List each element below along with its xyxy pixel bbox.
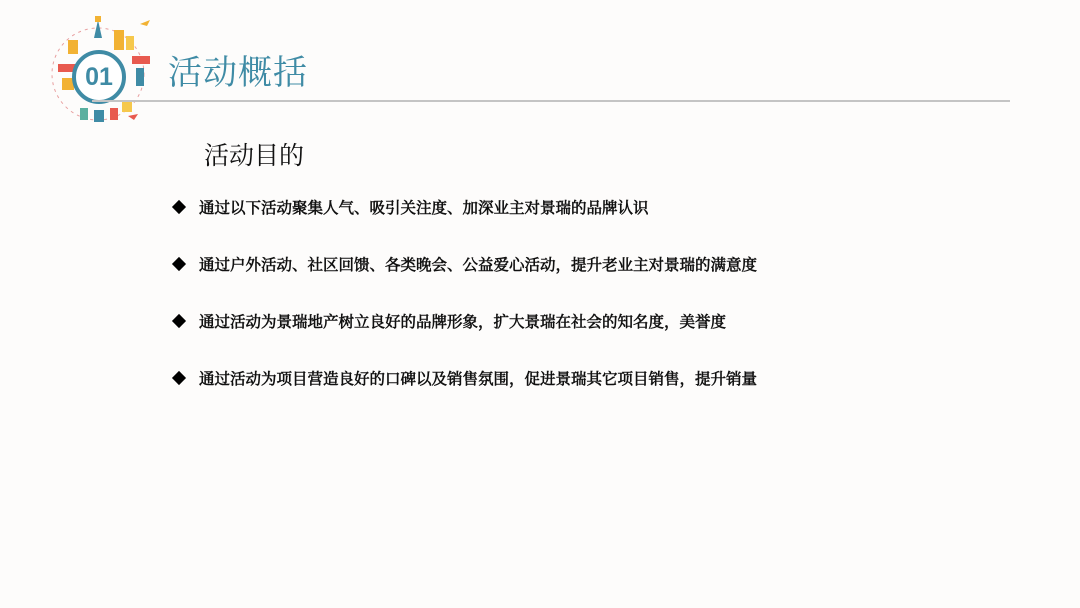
- diamond-bullet-icon: [172, 257, 186, 271]
- bullet-text: 通过以下活动聚集人气、吸引关注度、加深业主对景瑞的品牌认识: [199, 196, 649, 218]
- section-number-badge: 01: [72, 50, 126, 104]
- bullet-text: 通过活动为景瑞地产树立良好的品牌形象，扩大景瑞在社会的知名度，美誉度: [199, 310, 726, 332]
- diamond-bullet-icon: [172, 371, 186, 385]
- list-item: 通过户外活动、社区回馈、各类晚会、公益爱心活动，提升老业主对景瑞的满意度: [172, 253, 757, 275]
- list-item: 通过活动为景瑞地产树立良好的品牌形象，扩大景瑞在社会的知名度，美誉度: [172, 310, 757, 332]
- section-title: 活动概括: [168, 53, 308, 93]
- bullet-text: 通过活动为项目营造良好的口碑以及销售氛围，促进景瑞其它项目销售，提升销量: [199, 367, 757, 389]
- bullet-text: 通过户外活动、社区回馈、各类晚会、公益爱心活动，提升老业主对景瑞的满意度: [199, 253, 757, 275]
- diamond-bullet-icon: [172, 200, 186, 214]
- subtitle: 活动目的: [204, 140, 304, 172]
- bullet-list: 通过以下活动聚集人气、吸引关注度、加深业主对景瑞的品牌认识 通过户外活动、社区回…: [172, 196, 757, 424]
- diamond-bullet-icon: [172, 314, 186, 328]
- list-item: 通过以下活动聚集人气、吸引关注度、加深业主对景瑞的品牌认识: [172, 196, 757, 218]
- list-item: 通过活动为项目营造良好的口碑以及销售氛围，促进景瑞其它项目销售，提升销量: [172, 367, 757, 389]
- header-divider: [92, 100, 1010, 102]
